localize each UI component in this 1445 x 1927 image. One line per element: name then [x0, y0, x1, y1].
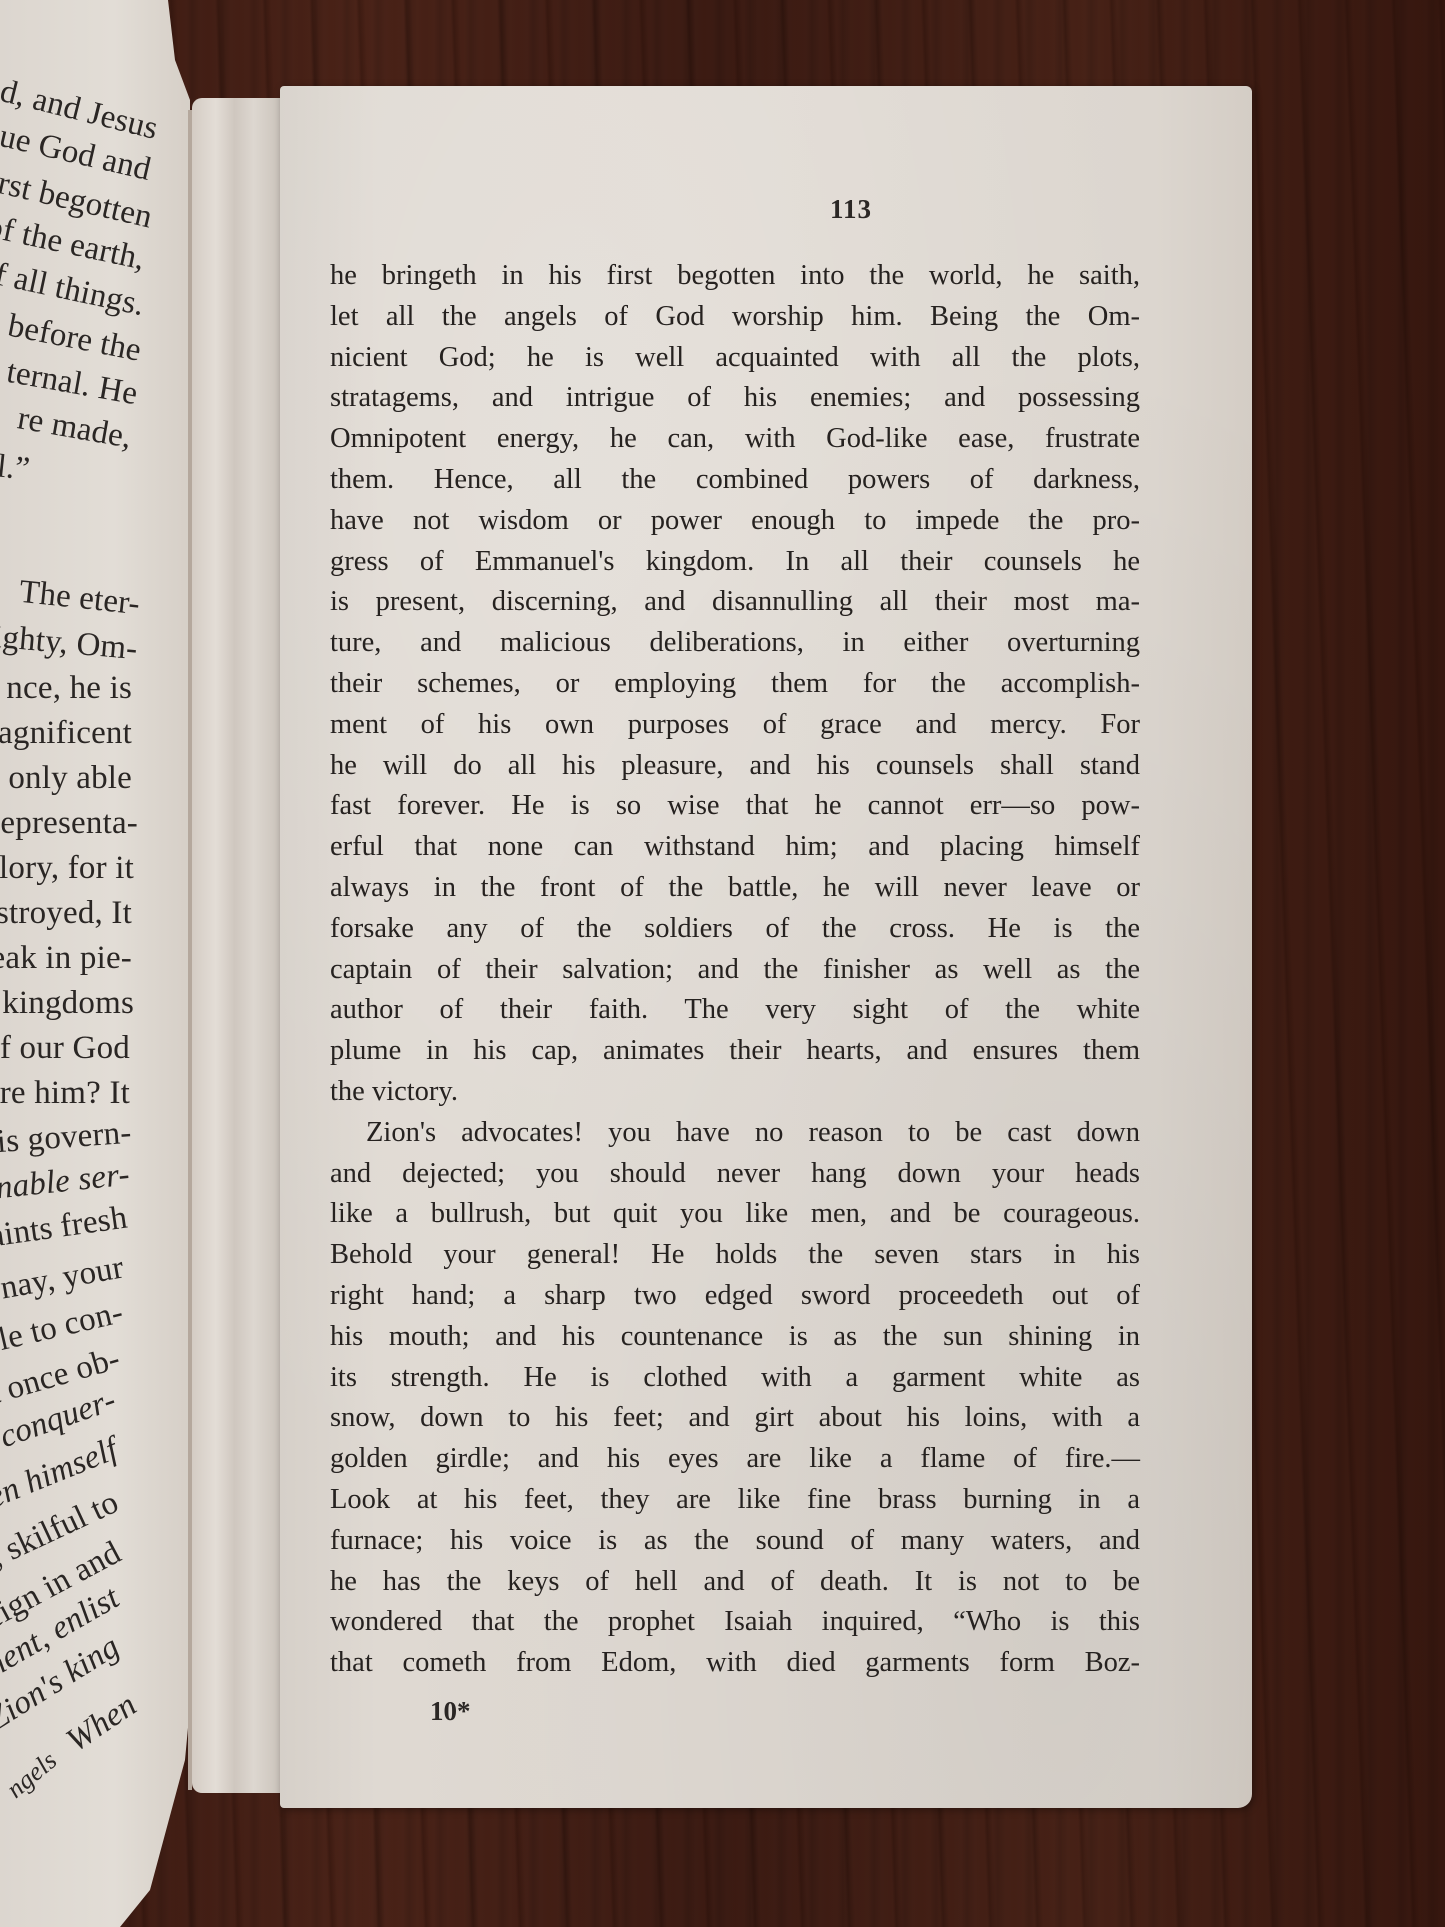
text-line: wondered that the prophet Isaiah inquire… [330, 1602, 1140, 1643]
left-text-fragment: The eter- [17, 574, 141, 623]
left-text-fragment: saints fresh [0, 1200, 130, 1258]
text-line: forsake any of the soldiers of the cross… [330, 909, 1140, 950]
text-line: his mouth; and his countenance is as the… [330, 1317, 1140, 1358]
left-text-fragment: f our God [0, 1030, 130, 1067]
left-text-fragment: glory, for it [0, 850, 134, 887]
left-text-fragment: reak in pie- [0, 940, 132, 977]
text-line: stratagems, and intrigue of his enemies;… [330, 378, 1140, 419]
left-text-fragment: e kingdoms [0, 985, 134, 1022]
left-text-fragment: l.” [0, 448, 32, 488]
text-line: is present, discerning, and disannulling… [330, 582, 1140, 623]
text-line: fast forever. He is so wise that he cann… [330, 786, 1140, 827]
text-line: furnace; his voice is as the sound of ma… [330, 1521, 1140, 1562]
text-line: nicient God; he is well acquainted with … [330, 338, 1140, 379]
text-line: he has the keys of hell and of death. It… [330, 1562, 1140, 1603]
left-text-fragment: re him? It [0, 1075, 130, 1112]
left-page-fragment: od, and Jesus ue God and first begotten … [0, 0, 190, 1927]
text-line: captain of their salvation; and the fini… [330, 950, 1140, 991]
text-line: the victory. [330, 1072, 1140, 1113]
left-text-fragment: magnificent [0, 715, 132, 752]
text-line: Look at his feet, they are like fine bra… [330, 1480, 1140, 1521]
text-line: right hand; a sharp two edged sword proc… [330, 1276, 1140, 1317]
text-line: that cometh from Edom, with died garment… [330, 1643, 1140, 1684]
text-line: snow, down to his feet; and girt about h… [330, 1398, 1140, 1439]
page-number: 113 [280, 194, 1252, 225]
left-text-fragment: stroyed, It [0, 895, 132, 932]
text-line: erful that none can withstand him; and p… [330, 827, 1140, 868]
text-line: author of their faith. The very sight of… [330, 990, 1140, 1031]
text-line: gress of Emmanuel's kingdom. In all thei… [330, 542, 1140, 583]
text-line: like a bullrush, but quit you like men, … [330, 1194, 1140, 1235]
text-line: let all the angels of God worship him. B… [330, 297, 1140, 338]
text-line: ment of his own purposes of grace and me… [330, 705, 1140, 746]
text-line: he will do all his pleasure, and his cou… [330, 746, 1140, 787]
signature-mark: 10* [430, 1696, 471, 1727]
text-line: always in the front of the battle, he wi… [330, 868, 1140, 909]
text-line: have not wisdom or power enough to imped… [330, 501, 1140, 542]
text-line: its strength. He is clothed with a garme… [330, 1358, 1140, 1399]
text-line: golden girdle; and his eyes are like a f… [330, 1439, 1140, 1480]
text-line: Behold your general! He holds the seven … [330, 1235, 1140, 1276]
text-line: and dejected; you should never hang down… [330, 1154, 1140, 1195]
left-text-fragment: nce, he is [6, 670, 132, 707]
left-text-fragment: ngels [1, 1746, 63, 1805]
text-line: their schemes, or employing them for the… [330, 664, 1140, 705]
text-line: he bringeth in his first begotten into t… [330, 256, 1140, 297]
text-line: Omnipotent energy, he can, with God-like… [330, 419, 1140, 460]
left-text-fragment: only able [8, 760, 132, 797]
right-page: 113 he bringeth in his first begotten in… [280, 86, 1252, 1808]
text-line: plume in his cap, animates their hearts,… [330, 1031, 1140, 1072]
text-line: them. Hence, all the combined powers of … [330, 460, 1140, 501]
left-text-fragment: representa- [0, 805, 138, 842]
left-text-fragment: When [60, 1687, 144, 1760]
text-line: ture, and malicious deliberations, in ei… [330, 623, 1140, 664]
body-text: he bringeth in his first begotten into t… [330, 256, 1140, 1684]
left-text-fragment: his govern- [0, 1115, 133, 1162]
book-gutter [192, 98, 287, 1793]
left-text-fragment: ighty, Om- [0, 619, 139, 668]
paragraph-start-line: Zion's advocates! you have no reason to … [330, 1113, 1140, 1154]
